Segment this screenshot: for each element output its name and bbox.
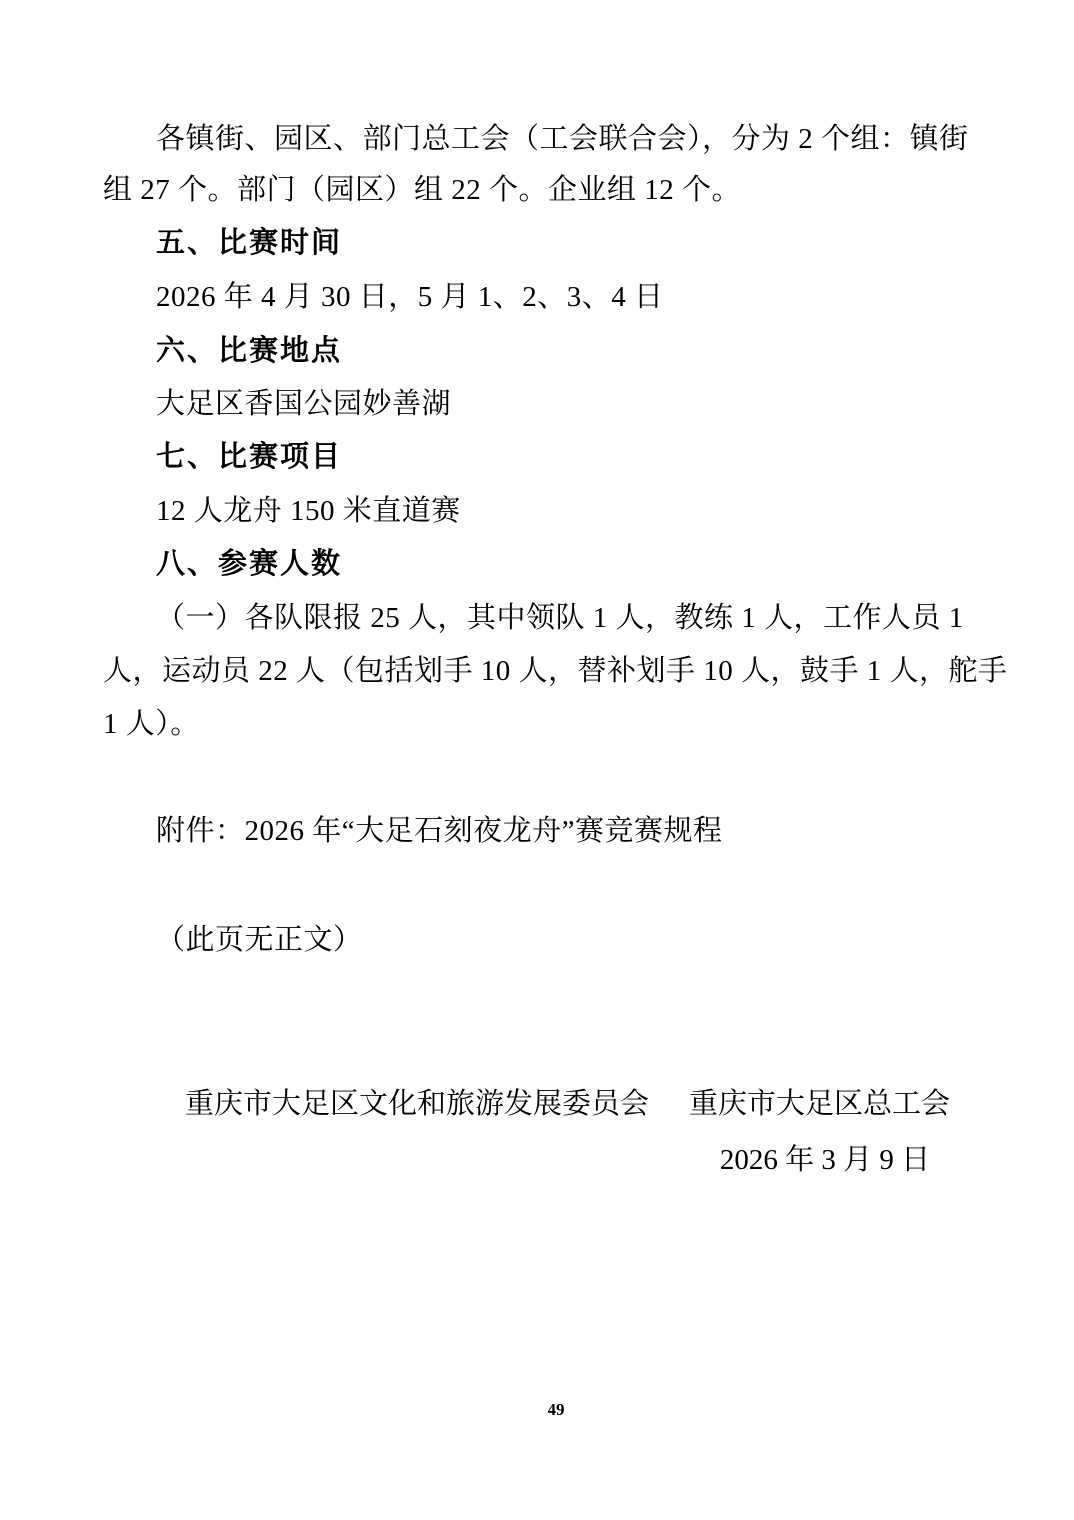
document-page: 各镇街、园区、部门总工会（工会联合会），分为 2 个组：镇街 组 27 个。部门… — [0, 0, 1074, 1520]
section-body-competition-events: 12 人龙舟 150 米直道赛 — [156, 490, 461, 532]
section-body-participant-count-line2: 人，运动员 22 人（包括划手 10 人，替补划手 10 人，鼓手 1 人，舵手 — [103, 650, 1008, 692]
no-body-text-note: （此页无正文） — [156, 919, 363, 961]
signature-org-culture-tourism: 重庆市大足区文化和旅游发展委员会 — [185, 1083, 649, 1125]
intro-paragraph-line1: 各镇街、园区、部门总工会（工会联合会），分为 2 个组：镇街 — [156, 118, 969, 160]
page-number: 49 — [472, 1398, 640, 1422]
section-body-competition-venue: 大足区香国公园妙善湖 — [156, 383, 451, 425]
section-body-participant-count-line3: 1 人）。 — [103, 703, 200, 745]
section-heading-participant-count: 八、参赛人数 — [156, 543, 342, 585]
signature-row: 重庆市大足区文化和旅游发展委员会 重庆市大足区总工会 — [185, 1083, 950, 1125]
section-body-participant-count-line1: （一）各队限报 25 人，其中领队 1 人，教练 1 人，工作人员 1 — [156, 597, 964, 639]
section-heading-competition-time: 五、比赛时间 — [156, 222, 342, 264]
attachment-reference-line: 附件：2026 年“大足石刻夜龙舟”赛竞赛规程 — [156, 810, 723, 852]
section-heading-competition-venue: 六、比赛地点 — [156, 330, 342, 372]
section-body-competition-time: 2026 年 4 月 30 日，5 月 1、2、3、4 日 — [156, 276, 664, 318]
signature-date: 2026 年 3 月 9 日 — [700, 1139, 950, 1181]
signature-org-labor-union: 重庆市大足区总工会 — [689, 1083, 950, 1125]
intro-paragraph-line2: 组 27 个。部门（园区）组 22 个。企业组 12 个。 — [103, 169, 741, 211]
section-heading-competition-events: 七、比赛项目 — [156, 436, 342, 478]
